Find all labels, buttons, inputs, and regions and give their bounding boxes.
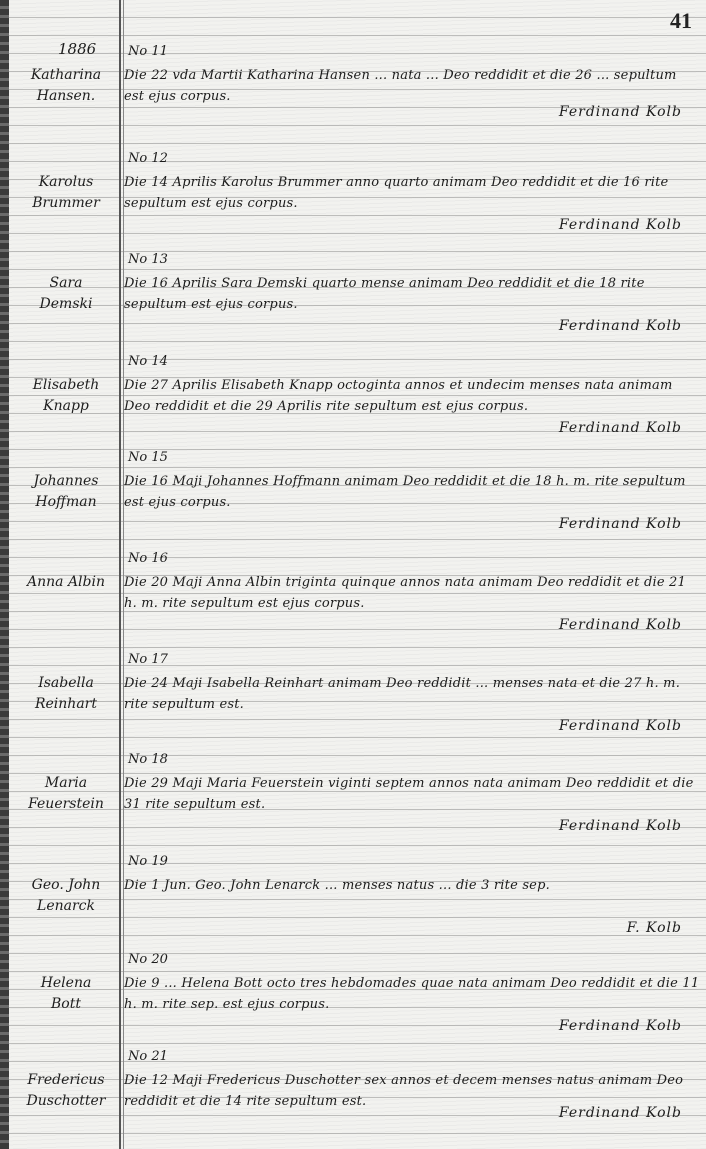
entry-number: No 21 — [128, 1049, 168, 1064]
margin-name-line: Katharina — [14, 65, 118, 86]
margin-name: FredericusDuschotter — [14, 1070, 118, 1112]
entry-number: No 16 — [128, 551, 168, 566]
priest-signature: F. Kolb — [627, 920, 682, 936]
margin-name-line: Feuerstein — [14, 794, 118, 815]
entry-text: Die 29 Maji Maria Feuerstein viginti sep… — [124, 773, 700, 815]
margin-name-line: Isabella — [14, 673, 118, 694]
margin-name: Anna Albin — [14, 572, 118, 593]
margin-name-line: Helena — [14, 973, 118, 994]
margin-name-line: Elisabeth — [14, 375, 118, 396]
margin-name-line: Johannes — [14, 471, 118, 492]
margin-name-line: Geo. John — [14, 875, 118, 896]
margin-name-line: Karolus — [14, 172, 118, 193]
register-page: 41 1886 No 11KatharinaHansen.Die 22 vda … — [0, 0, 706, 1149]
entry-number: No 19 — [128, 854, 168, 869]
margin-name-line: Reinhart — [14, 694, 118, 715]
entry-number: No 15 — [128, 450, 168, 465]
margin-name: Geo. JohnLenarck — [14, 875, 118, 917]
entry-text: Die 14 Aprilis Karolus Brummer anno quar… — [124, 172, 700, 214]
margin-name-line: Bott — [14, 994, 118, 1015]
priest-signature: Ferdinand Kolb — [559, 516, 682, 532]
entry-text: Die 16 Aprilis Sara Demski quarto mense … — [124, 273, 700, 315]
priest-signature: Ferdinand Kolb — [559, 617, 682, 633]
margin-name-line: Hoffman — [14, 492, 118, 513]
book-binding — [0, 0, 9, 1149]
margin-name: KarolusBrummer — [14, 172, 118, 214]
margin-rule — [119, 0, 121, 1149]
margin-name: HelenaBott — [14, 973, 118, 1015]
priest-signature: Ferdinand Kolb — [559, 318, 682, 334]
entry-number: No 20 — [128, 952, 168, 967]
priest-signature: Ferdinand Kolb — [559, 818, 682, 834]
margin-name: SaraDemski — [14, 273, 118, 315]
margin-name: KatharinaHansen. — [14, 65, 118, 107]
margin-name: JohannesHoffman — [14, 471, 118, 513]
entry-text: Die 27 Aprilis Elisabeth Knapp octoginta… — [124, 375, 700, 417]
entry-text: Die 24 Maji Isabella Reinhart animam Deo… — [124, 673, 700, 715]
margin-name-line: Anna Albin — [14, 572, 118, 593]
entry-number: No 12 — [128, 151, 168, 166]
priest-signature: Ferdinand Kolb — [559, 217, 682, 233]
entry-text: Die 9 ... Helena Bott octo tres hebdomad… — [124, 973, 700, 1015]
margin-name-line: Maria — [14, 773, 118, 794]
priest-signature: Ferdinand Kolb — [559, 104, 682, 120]
priest-signature: Ferdinand Kolb — [559, 420, 682, 436]
entry-number: No 17 — [128, 652, 168, 667]
entry-text: Die 16 Maji Johannes Hoffmann animam Deo… — [124, 471, 700, 513]
margin-name-line: Duschotter — [14, 1091, 118, 1112]
entry-text: Die 1 Jun. Geo. John Lenarck ... menses … — [124, 875, 700, 896]
register-year: 1886 — [58, 40, 96, 58]
margin-name-line: Fredericus — [14, 1070, 118, 1091]
margin-name: MariaFeuerstein — [14, 773, 118, 815]
margin-name-line: Sara — [14, 273, 118, 294]
priest-signature: Ferdinand Kolb — [559, 718, 682, 734]
margin-name-line: Demski — [14, 294, 118, 315]
entry-text: Die 22 vda Martii Katharina Hansen ... n… — [124, 65, 700, 107]
margin-name-line: Brummer — [14, 193, 118, 214]
entry-number: No 14 — [128, 354, 168, 369]
priest-signature: Ferdinand Kolb — [559, 1018, 682, 1034]
entry-text: Die 20 Maji Anna Albin triginta quinque … — [124, 572, 700, 614]
margin-name-line: Knapp — [14, 396, 118, 417]
margin-name: IsabellaReinhart — [14, 673, 118, 715]
entry-number: No 18 — [128, 752, 168, 767]
entry-number: No 11 — [128, 44, 168, 59]
page-number: 41 — [670, 8, 692, 34]
margin-name-line: Lenarck — [14, 896, 118, 917]
margin-name: ElisabethKnapp — [14, 375, 118, 417]
entry-number: No 13 — [128, 252, 168, 267]
priest-signature: Ferdinand Kolb — [559, 1105, 682, 1121]
margin-name-line: Hansen. — [14, 86, 118, 107]
